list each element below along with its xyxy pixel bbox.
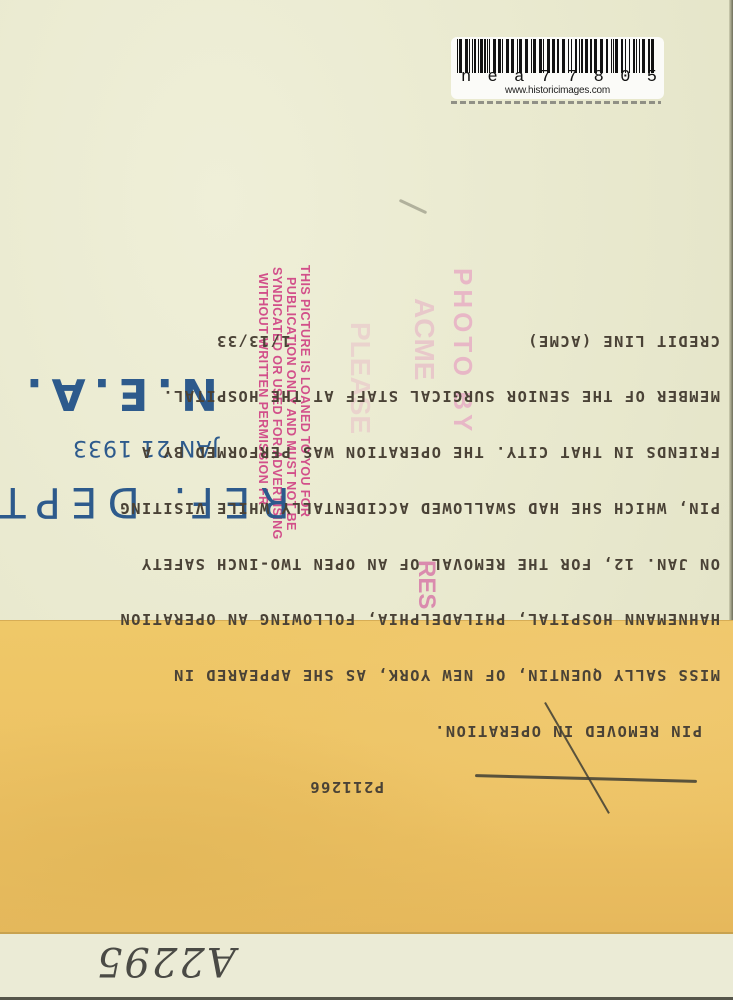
- barcode-digit: e: [488, 69, 498, 86]
- caption-line: FRIENDS IN THAT CITY. THE OPERATION WAS …: [80, 443, 720, 462]
- barcode-url: www.historicimages.com: [451, 85, 664, 96]
- caption-line: MEMBER OF THE SENIOR SURGICAL STAFF AT T…: [80, 387, 720, 406]
- barcode-digit: n: [461, 69, 471, 86]
- barcode-digit: 8: [594, 69, 604, 86]
- barcode-residue-strip: [451, 101, 661, 104]
- caption-line: ON JAN. 12, FOR THE REMOVAL OF AN OPEN T…: [80, 554, 720, 573]
- handwritten-note: A2295: [95, 938, 236, 984]
- caption-line: MISS SALLY QUENTIN, OF NEW YORK, AS SHE …: [80, 666, 720, 685]
- caption-line: HAHNEMANN HOSPITAL, PHILADELPHIA, FOLLOW…: [80, 610, 720, 629]
- barcode-digit: 0: [620, 69, 630, 86]
- barcode-digit: 7: [541, 69, 551, 86]
- caption-line: PIN, WHICH SHE HAD SWALLOWED ACCIDENTALL…: [80, 498, 720, 517]
- caption-text: P211266 PIN REMOVED IN OPERATION. MISS S…: [80, 294, 720, 833]
- barcode-digit: a: [514, 69, 524, 86]
- caption-line-headline: PIN REMOVED IN OPERATION.: [80, 721, 720, 740]
- barcode-digits: nea77805: [461, 69, 657, 86]
- barcode-label: nea77805 www.historicimages.com: [451, 37, 664, 99]
- barcode-digit: 5: [647, 69, 657, 86]
- caption-strip: P211266 PIN REMOVED IN OPERATION. MISS S…: [0, 620, 733, 933]
- caption-line-credit: CREDIT LINE (ACME) 1/13/33: [80, 331, 720, 350]
- barcode-digit: 7: [567, 69, 577, 86]
